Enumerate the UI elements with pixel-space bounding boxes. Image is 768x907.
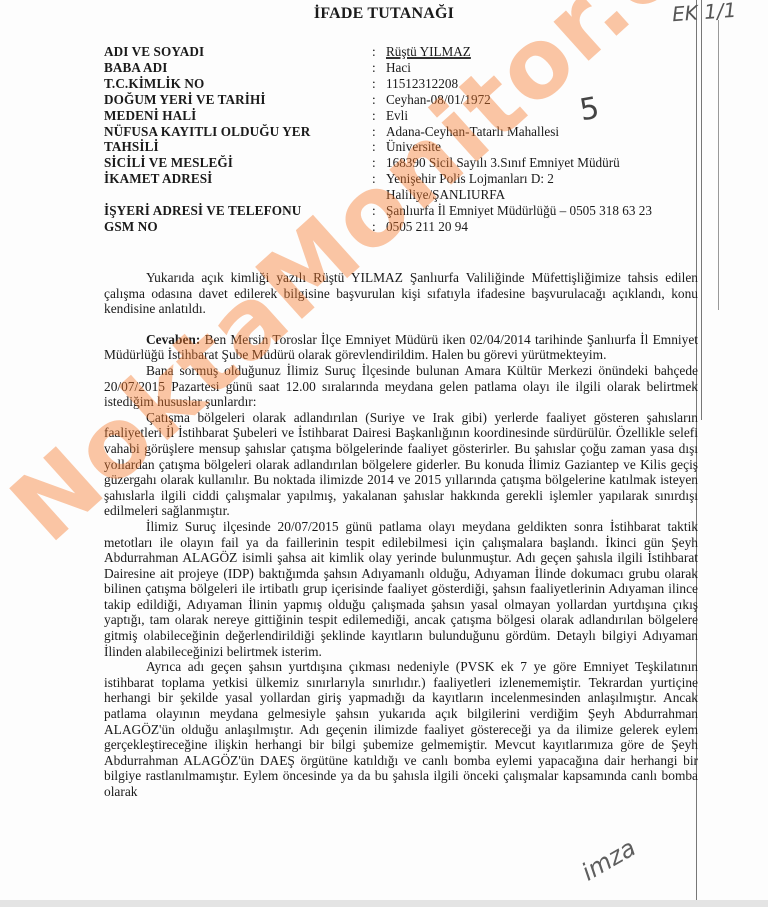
info-label: İKAMET ADRESİ: [104, 171, 372, 187]
info-row: ADI VE SOYADI:Rüştü YILMAZ: [104, 44, 704, 60]
statement-body: Yukarıda açık kimliği yazılı Rüştü YILMA…: [104, 270, 698, 800]
info-value: Rüştü YILMAZ: [386, 44, 704, 60]
intro-paragraph: Yukarıda açık kimliği yazılı Rüştü YILMA…: [104, 270, 698, 317]
info-value: Yenişehir Polis Lojmanları D: 2: [386, 171, 704, 187]
info-label: İŞYERİ ADRESİ VE TELEFONU: [104, 203, 372, 219]
info-colon: :: [372, 60, 386, 76]
info-colon: [372, 187, 386, 203]
info-value: Ceyhan-08/01/1972: [386, 92, 704, 108]
signature-scribble: imza: [577, 834, 641, 887]
statement-paragraph: Çatışma bölgeleri olarak adlandırılan (S…: [104, 410, 698, 519]
info-label: [104, 187, 372, 203]
info-colon: :: [372, 155, 386, 171]
info-label: MEDENİ HALİ: [104, 108, 372, 124]
info-colon: :: [372, 139, 386, 155]
info-label: DOĞUM YERİ VE TARİHİ: [104, 92, 372, 108]
info-row: T.C.KİMLİK NO:11512312208: [104, 76, 704, 92]
info-colon: :: [372, 92, 386, 108]
info-value: Haliliye/ŞANLIURFA: [386, 187, 704, 203]
bottom-bar: [0, 900, 768, 907]
info-value: Üniversite: [386, 139, 704, 155]
info-colon: :: [372, 171, 386, 187]
answer-paragraph: Cevaben: Ben Mersin Toroslar İlçe Emniye…: [104, 332, 698, 363]
info-value: Evli: [386, 108, 704, 124]
info-value: 168390 Sicil Sayılı 3.Sınıf Emniyet Müdü…: [386, 155, 704, 171]
statement-paragraph: Ayrıca adı geçen şahsın yurtdışına çıkma…: [104, 659, 698, 799]
info-value: Şanlıurfa İl Emniyet Müdürlüğü – 0505 31…: [386, 203, 704, 219]
info-value: Haci: [386, 60, 704, 76]
info-row: BABA ADI:Haci: [104, 60, 704, 76]
statement-paragraph: Bana sormuş olduğunuz İlimiz Suruç İlçes…: [104, 363, 698, 410]
info-colon: :: [372, 124, 386, 140]
info-row: İŞYERİ ADRESİ VE TELEFONU:Şanlıurfa İl E…: [104, 203, 704, 219]
info-label: SİCİLİ VE MESLEĞİ: [104, 155, 372, 171]
info-value: Adana-Ceyhan-Tatarlı Mahallesi: [386, 124, 704, 140]
info-row: DOĞUM YERİ VE TARİHİ:Ceyhan-08/01/1972: [104, 92, 704, 108]
info-row: İKAMET ADRESİ:Yenişehir Polis Lojmanları…: [104, 171, 704, 187]
info-row: SİCİLİ VE MESLEĞİ:168390 Sicil Sayılı 3.…: [104, 155, 704, 171]
info-row: NÜFUSA KAYITLI OLDUĞU YER:Adana-Ceyhan-T…: [104, 124, 704, 140]
info-label: T.C.KİMLİK NO: [104, 76, 372, 92]
document-title: İFADE TUTANAĞI: [0, 5, 768, 23]
info-value: 0505 211 20 94: [386, 219, 704, 235]
info-colon: :: [372, 44, 386, 60]
info-label: NÜFUSA KAYITLI OLDUĞU YER: [104, 124, 372, 140]
info-row: Haliliye/ŞANLIURFA: [104, 187, 704, 203]
info-label: BABA ADI: [104, 60, 372, 76]
info-label: TAHSİLİ: [104, 139, 372, 155]
statement-paragraph: İlimiz Suruç ilçesinde 20/07/2015 günü p…: [104, 519, 698, 659]
info-colon: :: [372, 76, 386, 92]
personal-info-table: ADI VE SOYADI:Rüştü YILMAZBABA ADI:HaciT…: [104, 44, 704, 235]
document-page: EK 1/1 İFADE TUTANAĞI 5 ADI VE SOYADI:Rü…: [0, 0, 768, 900]
info-value: 11512312208: [386, 76, 704, 92]
info-label: GSM NO: [104, 219, 372, 235]
info-colon: :: [372, 219, 386, 235]
info-row: MEDENİ HALİ:Evli: [104, 108, 704, 124]
info-row: GSM NO:0505 211 20 94: [104, 219, 704, 235]
margin-line: [718, 20, 719, 310]
info-colon: :: [372, 203, 386, 219]
info-row: TAHSİLİ:Üniversite: [104, 139, 704, 155]
info-colon: :: [372, 108, 386, 124]
answer-lead: Cevaben:: [146, 332, 200, 347]
info-label: ADI VE SOYADI: [104, 44, 372, 60]
